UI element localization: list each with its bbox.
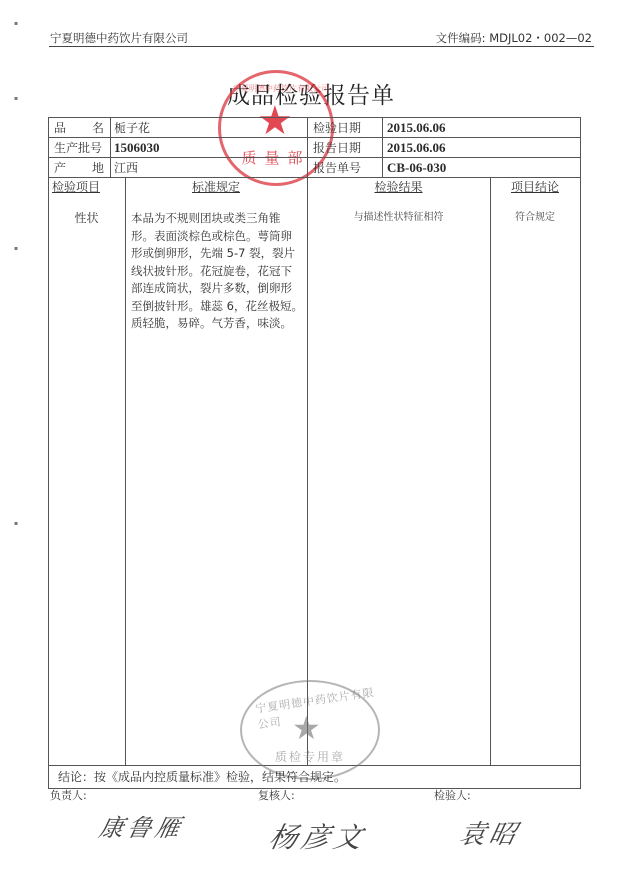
inspect-date-label: 检验日期 [313, 118, 361, 138]
report-date-value: 2015.06.06 [387, 138, 446, 158]
file-code-value: MDJL02・002—02 [489, 31, 592, 45]
company-name: 宁夏明德中药饮片有限公司 [50, 30, 188, 46]
reviewer-signature: 杨彦文 [266, 816, 371, 856]
report-date-label: 报告日期 [313, 138, 361, 158]
col-head-conclusion: 项目结论 [490, 177, 580, 197]
reviewer-label: 复核人: [258, 787, 295, 803]
star-icon: ★ [292, 712, 321, 744]
batch-value: 1506030 [114, 138, 160, 158]
stamp-sub-text: 质检专用章 [242, 748, 378, 765]
file-code: 文件编码: MDJL02・002—02 [436, 30, 592, 46]
file-code-label: 文件编码: [436, 31, 486, 45]
col-head-result: 检验结果 [307, 177, 490, 197]
overall-conclusion: 结论：按《成品内控质量标准》检验，结果符合规定。 [58, 768, 346, 785]
scan-mark: ▪ [14, 245, 18, 252]
responsible-label: 负责人: [50, 787, 87, 803]
responsible-signature: 康鲁雁 [96, 808, 187, 843]
scan-mark: ▪ [14, 20, 18, 27]
origin-value: 江西 [114, 158, 138, 178]
header-rule [49, 46, 594, 47]
inspection-seal-stamp: 宁夏明德中药饮片有限公司 ★ 质检专用章 [240, 680, 380, 780]
col-head-item: 检验项目 [52, 177, 100, 197]
inspector-label: 检验人: [434, 787, 471, 803]
scan-mark: ▪ [14, 520, 18, 527]
stamp-ring-text: 宁夏明德中药饮片有限公司 [233, 83, 329, 94]
row-standard: 本品为不规则团块或类三角锥形。表面淡棕色或棕色。萼筒卵形或倒卵形，先端 5-7 … [131, 210, 303, 333]
report-no-value: CB-06-030 [387, 158, 446, 178]
col-head-standard: 标准规定 [125, 177, 307, 197]
report-no-label: 报告单号 [313, 158, 361, 178]
row-result: 与描述性状特征相符 [307, 208, 490, 228]
star-icon: ★ [257, 101, 293, 141]
row-conclusion: 符合规定 [490, 208, 580, 228]
inspector-signature: 袁昭 [456, 814, 524, 851]
product-name-label: 品名 [54, 118, 104, 138]
batch-label: 生产批号 [54, 138, 102, 158]
row-item: 性状 [48, 208, 125, 228]
product-name-value: 栀子花 [114, 118, 150, 138]
inspect-date-value: 2015.06.06 [387, 118, 446, 138]
origin-label: 产地 [54, 158, 104, 178]
